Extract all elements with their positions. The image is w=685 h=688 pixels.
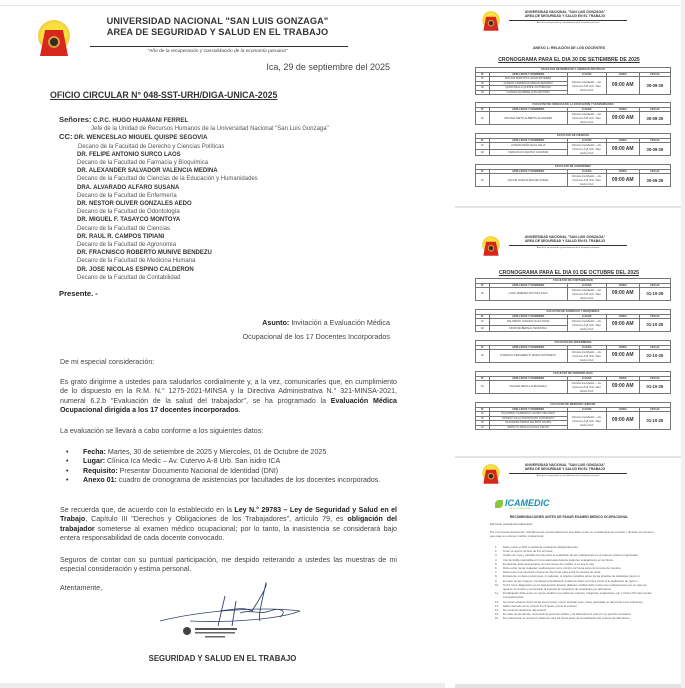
hour: 09:00 AM bbox=[606, 112, 639, 125]
recipient-role: Jefe de la Unidad de Recursos Humanos de… bbox=[59, 125, 329, 133]
cc-name: DR. RAUL R. CAMPOS TIPIANI bbox=[59, 233, 329, 241]
cc-role: Decano de la Facultad de Ciencias de la … bbox=[59, 175, 329, 183]
date: 30-09-25 bbox=[639, 143, 670, 156]
detail-item: Anexo 01: cuadro de cronograma de asiste… bbox=[66, 476, 397, 485]
paragraph-4: Seguros de contar con su puntual partici… bbox=[60, 556, 397, 575]
faculty-schedule-table: FACULTAD DE CIENCIASN°APELLIDOS Y NOMBRE… bbox=[475, 133, 671, 156]
cc-name: DR. NESTOR OLIVER GONZALES AEDO bbox=[59, 200, 329, 208]
university-logo-icon bbox=[34, 18, 74, 58]
place: Clínica Ica Medic – Av. Cutervo A-8 Urb.… bbox=[567, 350, 606, 363]
teacher-name: FRANCISCO AQUINO CHIOZAM bbox=[489, 149, 567, 156]
recommendations-intro: Por el presente documento, brindamos las… bbox=[490, 530, 655, 538]
cc-role: Decano de la Facultad de Contabilidad bbox=[59, 274, 329, 282]
faculty-schedule-table: FACULTAD DE MEDICINA HUMANAN°APELLIDOS Y… bbox=[475, 402, 671, 430]
senores-label: Señores: bbox=[59, 115, 92, 124]
header-rule bbox=[90, 46, 348, 47]
cc-role: Decano de la Facultad de Enfermería bbox=[59, 192, 329, 200]
hour: 09:00 AM bbox=[606, 319, 639, 332]
oficio-letter-page: UNIVERSIDAD NACIONAL "SAN LUIS GONZAGA" … bbox=[0, 6, 445, 682]
hour: 09:00 AM bbox=[606, 381, 639, 394]
cc-name: DR. FRACNISCO ROBERTO MUNIVE BENDEZU bbox=[59, 249, 329, 257]
recommendations-page: UNIVERSIDAD NACIONAL "SAN LUIS GONZAGA"A… bbox=[455, 460, 683, 682]
place: Clínica Ica Medic – Av. Cutervo A-8 Urb.… bbox=[567, 77, 606, 95]
table-row: 01CHAVEZ MEJIA LIA MANUELAClínica Ica Me… bbox=[476, 381, 671, 394]
hour: 09:00 AM bbox=[606, 174, 639, 187]
icamedic-logo: ICAMEDICSALUD OCUPACIONAL bbox=[495, 498, 550, 510]
scrollbar[interactable] bbox=[681, 0, 685, 688]
paragraph-2: La evaluación se llevará a cabo conforme… bbox=[60, 427, 397, 436]
cc-role: Decano de la Facultad de Derecho y Cienc… bbox=[59, 143, 329, 151]
annex-page-day-2: UNIVERSIDAD NACIONAL "SAN LUIS GONZAGA"A… bbox=[455, 232, 683, 454]
faculty-schedule-table: FACULTAD DE CIENCIAS DE LA EDUCACION Y H… bbox=[475, 102, 671, 125]
recommendation-item: 11.El trabajador debe tener un reposo au… bbox=[495, 591, 653, 599]
detail-item: Lugar: Clínica Ica Medic – Av. Cutervo A… bbox=[66, 457, 397, 466]
page-separator bbox=[455, 456, 685, 458]
cc-name: DR. WENCESLAO MIGUEL QUISPE SEGOVIA bbox=[74, 134, 207, 141]
university-logo-icon bbox=[480, 463, 502, 485]
place: Clínica Ica Medic – Av. Cutervo A-8 Urb.… bbox=[567, 319, 606, 332]
leaf-icon bbox=[495, 500, 503, 508]
date: 01-10-25 bbox=[639, 350, 670, 363]
cc-name: DR. FELIPE ANTONIO SURCO LAOS bbox=[59, 151, 329, 159]
faculty-schedule-table: FACULTAD DE ODONTOLOGIAN°APELLIDOS Y NOM… bbox=[475, 371, 671, 394]
signature-footer: SEGURIDAD Y SALUD EN EL TRABAJO bbox=[0, 654, 445, 663]
place: Clínica Ica Medic – Av. Cutervo A-8 Urb.… bbox=[567, 412, 606, 430]
schedule-title-day-2: CRONOGRAMA PARA EL DIA 01 DE OCTUBRE DEL… bbox=[455, 270, 683, 276]
place: Clínica Ica Medic – Av. Cutervo A-8 Urb.… bbox=[567, 112, 606, 125]
schedule-title-day-1: CRONOGRAMA PARA EL DIA 30 DE SETIEMBRE D… bbox=[455, 57, 683, 63]
university-logo-icon bbox=[480, 10, 502, 32]
asunto-line-1: Invitación a Evaluación Médica bbox=[291, 318, 390, 327]
cc-role: Decano de la Facultad de Odontología bbox=[59, 208, 329, 216]
page-separator bbox=[455, 684, 685, 688]
presente: Presente. - bbox=[59, 289, 98, 298]
cc-role: Decano de la Facultad de Farmacia y Bioq… bbox=[59, 159, 329, 167]
place: Clínica Ica Medic – Av. Cutervo A-8 Urb.… bbox=[567, 288, 606, 301]
teacher-name: AQUIJE GARCIA MIGUEL ANGEL bbox=[489, 174, 567, 187]
place: Clínica Ica Medic – Av. Cutervo A-8 Urb.… bbox=[567, 174, 606, 187]
paragraph-1: Es grato dirigirme a ustedes para saluda… bbox=[60, 378, 397, 416]
faculty-schedule-table: FACULTAD DE AGRONOMIAN°APELLIDOS Y NOMBR… bbox=[475, 164, 671, 187]
page-separator bbox=[455, 206, 685, 208]
recommendations-title: RECOMENDACIONES ANTES DE PASAR EXAMEN ME… bbox=[455, 515, 683, 519]
teacher-name: LOZADA AGUIRRE LUIS ANTONIO bbox=[489, 90, 567, 95]
faculty-schedule-table: FACULTAD DE ENFERMERIAN°APELLIDOS Y NOMB… bbox=[475, 340, 671, 363]
cc-role: Decano de la Facultad de Medicina Humana bbox=[59, 257, 329, 265]
faculty-schedule-table: FACULTAD DE FARMACIA Y BIOQUIMICAN°APELL… bbox=[475, 309, 671, 332]
cc-name: DR. MIGUEL F. TASAYCO MONTOYA bbox=[59, 216, 329, 224]
table-row: 01MOLINA MONTOYA HUGO ESTEBANClínica Ica… bbox=[476, 77, 671, 82]
recommendations-salutation: Estimado postulante/colaborador: bbox=[490, 522, 655, 526]
date: 30-09-25 bbox=[639, 112, 670, 125]
teacher-name: CHAVEZ MEJIA LIA MANUELA bbox=[489, 381, 567, 394]
cc-role: Decano de la Facultad de Ciencias bbox=[59, 225, 329, 233]
teacher-name: MORI DE BERNAL TEODOSIA bbox=[489, 325, 567, 332]
table-row: 01D'ARRIGO FRAGERETTI MARIA ANTONIETAClí… bbox=[476, 350, 671, 363]
teacher-name: ASCAMA NIETO ALBERTO ALGRADES bbox=[489, 112, 567, 125]
oficio-number: OFICIO CIRCULAR N° 048-SST-URH/DIGA-UNIC… bbox=[50, 90, 277, 100]
cc-label: CC: bbox=[59, 132, 73, 141]
table-row: 01PALOMINO CARRASCO GUIDO ORLANDOClínica… bbox=[476, 412, 671, 417]
hour: 09:00 AM bbox=[606, 288, 639, 301]
place: Clínica Ica Medic – Av. Cutervo A-8 Urb.… bbox=[567, 143, 606, 156]
asunto-line-2: Ocupacional de los 17 Docentes Incorpora… bbox=[243, 330, 390, 344]
signature-stamp-icon bbox=[140, 581, 320, 641]
table-row: 01ASCAMA NIETO ALBERTO ALGRADESClínica I… bbox=[476, 112, 671, 125]
asunto-label: Asunto: bbox=[262, 318, 289, 327]
date: 01-10-25 bbox=[639, 412, 670, 430]
cc-name: DR. ALEXANDER SALVADOR VALENCIA MEDINA bbox=[59, 167, 329, 175]
table-row: 01LUNA JIMENEZ VICTOR HUGOClínica Ica Me… bbox=[476, 288, 671, 301]
mini-letterhead: UNIVERSIDAD NACIONAL "SAN LUIS GONZAGA"A… bbox=[510, 235, 620, 244]
date: 30-09-25 bbox=[639, 174, 670, 187]
detail-item: Fecha: Martes, 30 de setiembre de 2025 y… bbox=[66, 448, 397, 457]
annex-title: ANEXO 1: RELACIÓN DE LOS DOCENTES bbox=[455, 46, 683, 50]
teacher-name: ARROYO ANGLAS HUGO CELSO bbox=[489, 425, 567, 430]
place: Clínica Ica Medic – Av. Cutervo A-8 Urb.… bbox=[567, 381, 606, 394]
faculty-schedule-table: FACULTAD DE DERECHO Y CIENCIAS POLITICAS… bbox=[475, 67, 671, 95]
hour: 09:00 AM bbox=[606, 412, 639, 430]
recipient-name: C.P.C. HUGO HUAMANI FERREL bbox=[93, 117, 188, 124]
teacher-name: D'ARRIGO FRAGERETTI MARIA ANTONIETA bbox=[489, 350, 567, 363]
letterhead: UNIVERSIDAD NACIONAL "SAN LUIS GONZAGA" … bbox=[90, 16, 345, 38]
date: 30-09-25 bbox=[639, 77, 670, 95]
annex-page-day-1: UNIVERSIDAD NACIONAL "SAN LUIS GONZAGA"A… bbox=[455, 6, 683, 206]
greeting: De mi especial consideración: bbox=[60, 358, 397, 367]
date: 01-10-25 bbox=[639, 319, 670, 332]
teacher-name: LUNA JIMENEZ VICTOR HUGO bbox=[489, 288, 567, 301]
date: 01-10-25 bbox=[639, 288, 670, 301]
hour: 09:00 AM bbox=[606, 143, 639, 156]
details-list: Fecha: Martes, 30 de setiembre de 2025 y… bbox=[66, 448, 397, 486]
mini-letterhead: UNIVERSIDAD NACIONAL "SAN LUIS GONZAGA"A… bbox=[510, 463, 620, 472]
hour: 09:00 AM bbox=[606, 77, 639, 95]
recipients-block: Señores: C.P.C. HUGO HUAMANI FERREL Jefe… bbox=[59, 116, 329, 282]
faculty-schedule-table: FACULTAD DE CONTABILIDADN°APELLIDOS Y NO… bbox=[475, 278, 671, 301]
detail-item: Requisito: Presentar Documento Nacional … bbox=[66, 467, 397, 476]
cc-role: Decano de la Facultad de Agronomía bbox=[59, 241, 329, 249]
paragraph-3: Se recuerda que, de acuerdo con lo estab… bbox=[60, 506, 397, 544]
university-name: UNIVERSIDAD NACIONAL "SAN LUIS GONZAGA" bbox=[90, 16, 345, 27]
mini-letterhead: UNIVERSIDAD NACIONAL "SAN LUIS GONZAGA"A… bbox=[510, 10, 620, 19]
asunto-block: Asunto: Invitación a Evaluación Médica O… bbox=[243, 316, 390, 344]
recommendations-list: 1.Debe portar su DNI o cedula de extranj… bbox=[495, 545, 653, 621]
page-bottom-edge bbox=[0, 683, 445, 688]
area-name: AREA DE SEGURIDAD Y SALUD EN EL TRABAJO bbox=[90, 27, 345, 38]
recommendation-item: 16.De preferencia no consumir mates de c… bbox=[495, 616, 653, 620]
cc-name: DR. JOSE NICOLAS ESPINO CALDERON bbox=[59, 266, 329, 274]
university-logo-icon bbox=[480, 235, 502, 257]
table-row: 01AQUIJE GARCIA MIGUEL ANGELClínica Ica … bbox=[476, 174, 671, 187]
date: 01-10-25 bbox=[639, 381, 670, 394]
recommendation-item: 10.Si Ud. tiene diagnóstico como hiperte… bbox=[495, 583, 653, 591]
cc-name: DRA. ALVARADO ALFARO SUSANA bbox=[59, 184, 329, 192]
hour: 09:00 AM bbox=[606, 350, 639, 363]
letter-date: Ica, 29 de septiembre del 2025 bbox=[266, 62, 390, 72]
year-motto: "Año de la recuperación y consolidación … bbox=[90, 49, 345, 54]
